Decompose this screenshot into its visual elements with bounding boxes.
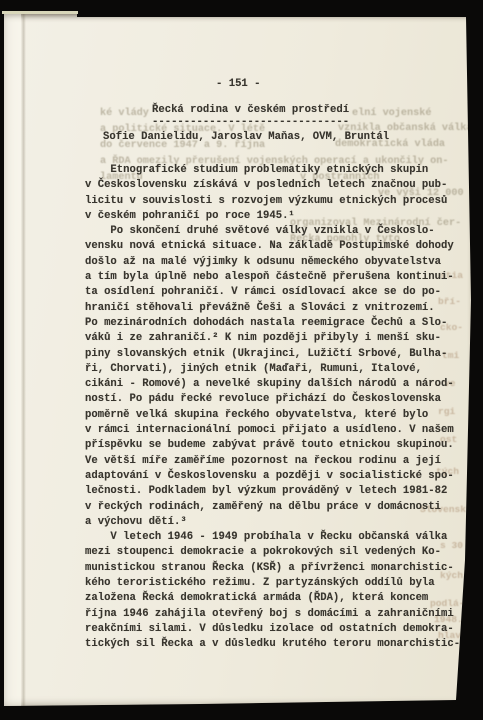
ghost-text-fragment: ké vlády bbox=[100, 106, 149, 121]
page-body-text: Etnografické studium problematiky etnick… bbox=[85, 163, 460, 653]
page-number: - 151 - bbox=[216, 77, 261, 92]
title-underline: ------------------------------- bbox=[152, 115, 349, 130]
underlying-page-edge bbox=[2, 11, 78, 14]
book-page: ké vládyelní vojenskéa politické situace… bbox=[4, 14, 471, 706]
ghost-text-fragment: elní vojenské bbox=[352, 106, 431, 121]
authors-line: Sofie Danielidu, Jaroslav Maňas, OVM, Br… bbox=[103, 130, 389, 145]
book-scan: ké vládyelní vojenskéa politické situace… bbox=[0, 0, 483, 720]
